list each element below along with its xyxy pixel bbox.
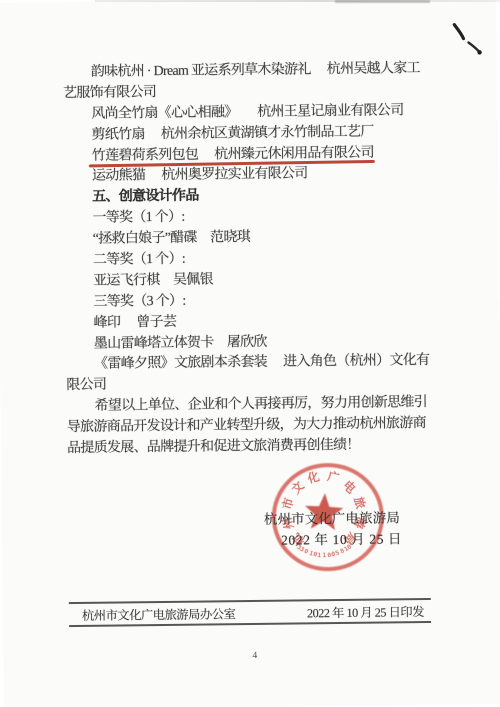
document-line-text: 运动熊猫 杭州奥罗拉实业有限公司 — [92, 167, 308, 184]
footer-office: 杭州市文化广电旅游局办公室 — [82, 604, 236, 624]
scan-edge-artifact — [95, 0, 500, 2]
document-line-text: 一等奖（1 个）: — [92, 210, 184, 226]
document-line-text: 限公司 — [66, 378, 106, 393]
signature-date: 2022 年 10 月 25 日 — [281, 527, 402, 548]
document-page: 韵味杭州 · Dream 亚运系列草木染游礼 杭州吴越人家工艺服饰有限公司风尚全… — [0, 0, 500, 707]
document-line-text: 韵味杭州 · Dream 亚运系列草木染游礼 杭州吴越人家工 — [91, 61, 420, 80]
signature-org: 杭州市文化广电旅游局 — [264, 506, 400, 528]
footer: 杭州市文化广电旅游局办公室 2022 年 10 月 25 日印发 — [69, 603, 431, 623]
footer-print-date: 2022 年 10 月 25 日印发 — [307, 602, 424, 621]
document-line-text: 五、创意设计作品 — [92, 189, 199, 205]
document-line-text: 希望以上单位、企业和个人再接再厉，努力用创新思维引 — [95, 395, 428, 414]
document-body: 韵味杭州 · Dream 亚运系列草木染游礼 杭州吴越人家工艺服饰有限公司风尚全… — [63, 59, 452, 460]
document-line-text: 导旅游商品开发设计和产业转型升级，为大力推动杭州旅游商 — [67, 416, 426, 435]
page-number: 4 — [252, 651, 257, 661]
document-line-text: 亚运飞行棋 吴佩银 — [93, 272, 213, 288]
document-line-text: “拯救白娘子”醋碟 范晓琪 — [93, 230, 250, 247]
pen-mark-artifact — [436, 12, 497, 68]
document-line-text: 峰印 曾子芸 — [94, 315, 177, 331]
document-line-text: 《雷峰夕照》文旅剧本杀套装 进入角色（杭州）文化有 — [94, 353, 429, 372]
document-line-text: 墨山雷峰塔立体贺卡 屠欣欣 — [94, 334, 267, 351]
document-line-text: 品提质发展、品牌提升和促进文旅消费再创佳绩！ — [67, 438, 360, 456]
document-line-text: 三等奖（3 个）: — [93, 294, 185, 310]
document-line-text: 风尚全竹扇《心心相融》 杭州王星记扇业有限公司 — [91, 103, 403, 122]
document-line-text: 二等奖（1 个）: — [93, 252, 185, 268]
document-line: 品提质发展、品牌提升和促进文旅消费再创佳绩！ — [67, 435, 452, 460]
document-line-text: 剪纸竹扇 杭州余杭区黄湖镇才永竹制品工艺厂 — [91, 124, 373, 142]
seal-code-digit: 1 — [322, 551, 326, 559]
document-line-text: 艺服饰有限公司 — [63, 85, 156, 101]
scan-edge-artifact-dark — [335, 0, 430, 3]
